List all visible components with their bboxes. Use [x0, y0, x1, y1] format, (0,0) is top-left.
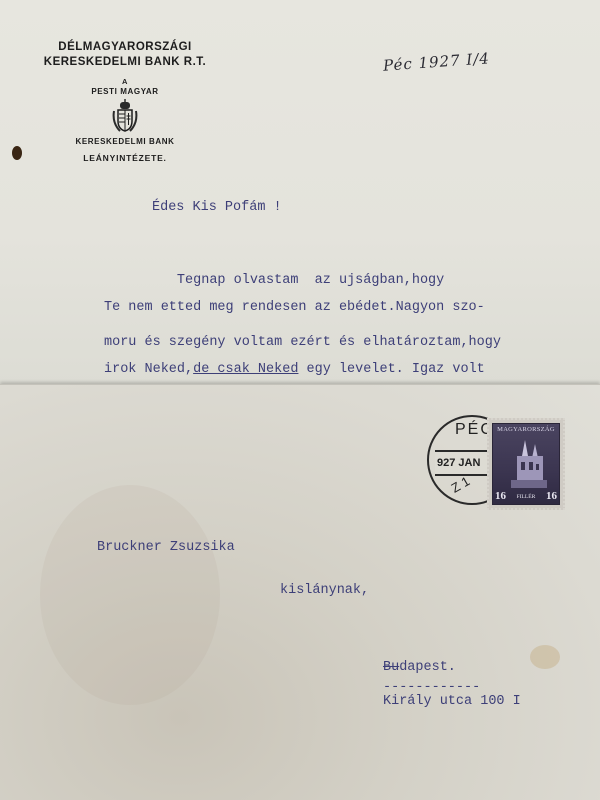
stamp-country: MAGYARORSZÁG [493, 426, 559, 433]
letterhead-arc-bottom: KERESKEDELMI BANK [40, 137, 210, 147]
paper-stain [40, 485, 220, 705]
recipient-title: kislánynak, [280, 583, 369, 598]
stamp-value-right: 16 [546, 490, 557, 502]
bank-letterhead: DÉLMAGYARORSZÁGI KERESKEDELMI BANK R.T. … [40, 40, 210, 163]
address-underline-dashes: ------------ [383, 680, 480, 695]
postage-stamp: MAGYARORSZÁG 16 FILLÉR 16 [487, 418, 565, 510]
stamp-face: MAGYARORSZÁG 16 FILLÉR 16 [492, 423, 560, 505]
ink-stain [12, 146, 22, 160]
church-icon [511, 438, 547, 488]
recipient-name: Bruckner Zsuzsika [97, 540, 235, 555]
letterhead-arc-top: PESTI MAGYAR [40, 87, 210, 97]
letterhead-subsidiary: LEÁNYINTÉZETE. [40, 153, 210, 163]
paper-stain [530, 645, 560, 669]
salutation: Édes Kis Pofám ! [152, 200, 282, 215]
hungarian-coat-of-arms-icon [110, 99, 140, 135]
letter-line-4-end: egy levelet. Igaz volt [298, 362, 484, 377]
letter-line-1: Tegnap olvastam az ujságban,hogy [104, 273, 444, 288]
stamp-unit: FILLÉR [517, 494, 536, 500]
handwritten-date: Péc 1927 I/4 [383, 49, 491, 74]
stamp-value-left: 16 [495, 490, 506, 502]
underlined-phrase: de csak Neked [193, 362, 298, 377]
bank-name-line1: DÉLMAGYARORSZÁGI [40, 40, 210, 55]
address-street: Király utca 100 I [383, 694, 521, 709]
letterhead-article: A [40, 76, 210, 87]
letter-line-4-start: irok Neked, [104, 362, 193, 377]
address-city: Budapest. [383, 660, 456, 675]
letter-line-2: Te nem etted meg rendesen az ebédet.Nagy… [104, 300, 485, 315]
address-city-rest: dapest. [399, 660, 456, 675]
letter-line-3: moru és szegény voltam ezért és elhatáro… [104, 335, 501, 350]
bank-name-line2: KERESKEDELMI BANK R.T. [40, 55, 210, 70]
address-city-struck: Bu [383, 660, 399, 675]
stamp-denomination: 16 FILLÉR 16 [495, 490, 557, 502]
postmark-code: Z 1 [449, 473, 473, 495]
letter-line-4: irok Neked,de csak Neked egy levelet. Ig… [104, 362, 485, 377]
letter-sheet: DÉLMAGYARORSZÁGI KERESKEDELMI BANK R.T. … [0, 0, 600, 390]
